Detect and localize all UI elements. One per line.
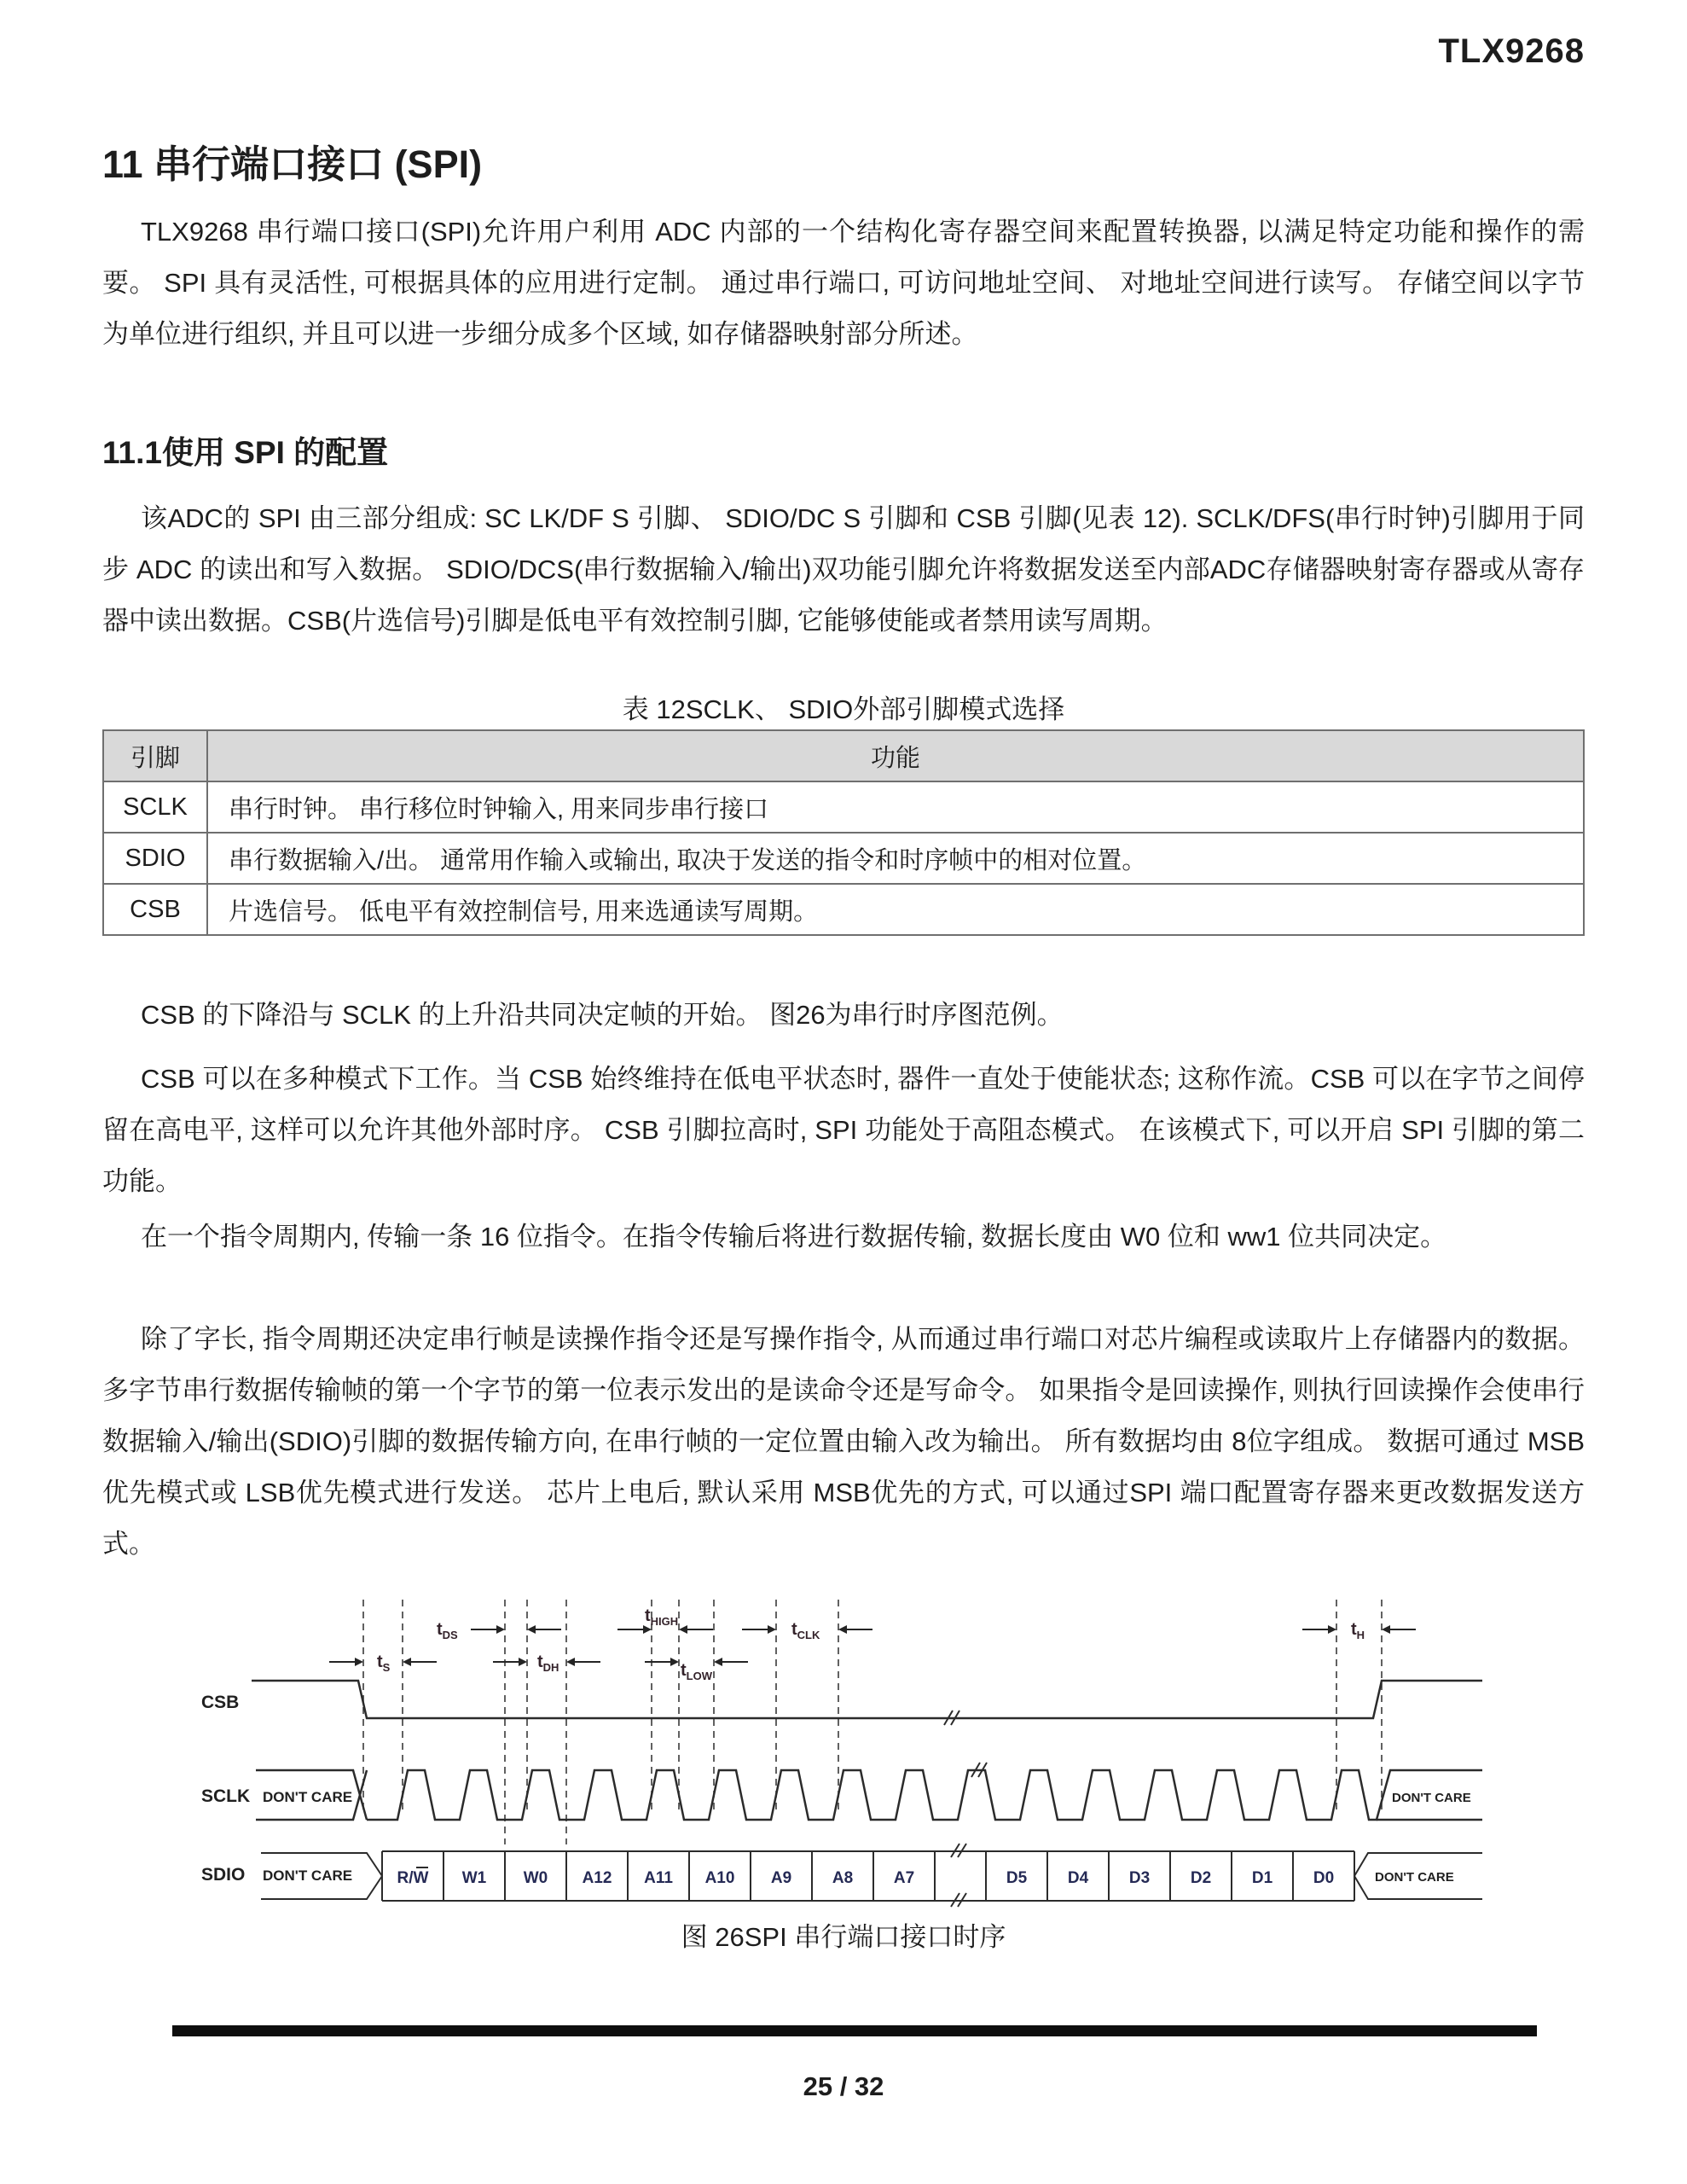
t-ds-label: tDS (437, 1620, 458, 1641)
table-row: SDIO 串行数据输入/出。 通常用作输入或输出, 取决于发送的指令和时序帧中的… (103, 833, 1584, 884)
brand-logo: TLX9268 (102, 32, 1585, 71)
sdio-bit-d4: D4 (1068, 1869, 1089, 1887)
sclk-dont-care-left: DON'T CARE (263, 1789, 352, 1805)
pin-name: SDIO (103, 833, 207, 884)
sdio-dont-care-right: DON'T CARE (1375, 1870, 1454, 1885)
csb-label: CSB (201, 1693, 239, 1712)
section-paragraph: TLX9268 串行端口接口(SPI)允许用户利用 ADC 内部的一个结构化寄存… (102, 206, 1585, 360)
t-high-label: tHIGH (645, 1606, 678, 1628)
sdio-bit-a7: A7 (894, 1869, 914, 1887)
pin-table-wrapper: 引脚 功能 SCLK 串行时钟。 串行移位时钟输入, 用来同步串行接口 SDIO… (102, 729, 1585, 936)
sdio-bit-a12: A12 (583, 1869, 612, 1887)
table-caption: 表 12SCLK、 SDIO外部引脚模式选择 (102, 688, 1585, 726)
pin-function: 串行时钟。 串行移位时钟输入, 用来同步串行接口 (207, 781, 1584, 833)
section-title: 11 串行端口接口 (SPI) (102, 133, 1585, 189)
sdio-bit-d3: D3 (1129, 1869, 1150, 1887)
t-dh-label: tDH (537, 1653, 559, 1674)
spi-timing-diagram: tS tDS tDH tHIGH tLOW tCL (119, 1589, 1484, 1913)
paragraph-word-length: 除了字长, 指令周期还决定串行帧是读操作指令还是写操作指令, 从而通过串行端口对… (102, 1314, 1585, 1570)
sdio-signal: SDIO DON'T CARE R/W W1 W0 A12 A11 A1 (201, 1844, 1482, 1907)
footer-rule (172, 2025, 1537, 2036)
t-s-label: tS (377, 1653, 391, 1674)
sdio-dont-care-left: DON'T CARE (263, 1867, 352, 1884)
table-header-row: 引脚 功能 (103, 730, 1584, 781)
t-clk-label: tCLK (791, 1620, 820, 1641)
csb-signal: CSB (201, 1681, 1482, 1725)
pin-name: SCLK (103, 781, 207, 833)
sdio-bit-d2: D2 (1191, 1869, 1211, 1887)
paragraph-frame-start: CSB 的下降沿与 SCLK 的上升沿共同决定帧的开始。 图26为串行时序图范例… (102, 990, 1585, 1041)
sdio-bit-a9: A9 (771, 1869, 791, 1887)
sdio-bit-rw: R/W (397, 1869, 429, 1887)
pin-name: CSB (103, 884, 207, 935)
pin-function: 片选信号。 低电平有效控制信号, 用来选通读写周期。 (207, 884, 1584, 935)
datasheet-page: TLX9268 11 串行端口接口 (SPI) TLX9268 串行端口接口(S… (0, 0, 1687, 2184)
sclk-signal: SCLK DON'T CARE DON'T CARE (201, 1763, 1482, 1820)
timing-annotations: tS tDS tDH tHIGH tLOW tCL (329, 1606, 1416, 1682)
timing-diagram-svg: tS tDS tDH tHIGH tLOW tCL (119, 1589, 1484, 1913)
sdio-bit-d0: D0 (1313, 1869, 1334, 1887)
t-low-label: tLOW (681, 1661, 713, 1682)
figure-caption: 图 26SPI 串行端口接口时序 (102, 1915, 1585, 1954)
sdio-label: SDIO (201, 1865, 245, 1885)
column-header-function: 功能 (207, 730, 1584, 781)
table-row: SCLK 串行时钟。 串行移位时钟输入, 用来同步串行接口 (103, 781, 1584, 833)
sclk-dont-care-right: DON'T CARE (1392, 1791, 1471, 1805)
paragraph-csb-modes: CSB 可以在多种模式下工作。当 CSB 始终维持在低电平状态时, 器件一直处于… (102, 1054, 1585, 1207)
sdio-bit-w1: W1 (462, 1869, 487, 1887)
pin-function: 串行数据输入/出。 通常用作输入或输出, 取决于发送的指令和时序帧中的相对位置。 (207, 833, 1584, 884)
sclk-label: SCLK (201, 1786, 250, 1806)
subsection-title: 11.1使用 SPI 的配置 (102, 427, 1585, 473)
paragraph-instruction: 在一个指令周期内, 传输一条 16 位指令。在指令传输后将进行数据传输, 数据长… (102, 1211, 1585, 1263)
sdio-bit-a8: A8 (832, 1869, 853, 1887)
subsection-paragraph: 该ADC的 SPI 由三部分组成: SC LK/DF S 引脚、 SDIO/DC… (102, 493, 1585, 647)
sdio-bit-d1: D1 (1252, 1869, 1273, 1887)
sdio-bit-w0: W0 (524, 1869, 548, 1887)
pin-function-table: 引脚 功能 SCLK 串行时钟。 串行移位时钟输入, 用来同步串行接口 SDIO… (102, 729, 1585, 936)
dashed-reference-lines (363, 1600, 1382, 1844)
sdio-bit-a11: A11 (644, 1869, 673, 1887)
page-number: 25 / 32 (102, 2071, 1585, 2102)
t-h-label: tH (1351, 1620, 1365, 1641)
sdio-bit-d5: D5 (1006, 1869, 1028, 1887)
sdio-bit-a10: A10 (705, 1869, 735, 1887)
table-row: CSB 片选信号。 低电平有效控制信号, 用来选通读写周期。 (103, 884, 1584, 935)
column-header-pin: 引脚 (103, 730, 207, 781)
